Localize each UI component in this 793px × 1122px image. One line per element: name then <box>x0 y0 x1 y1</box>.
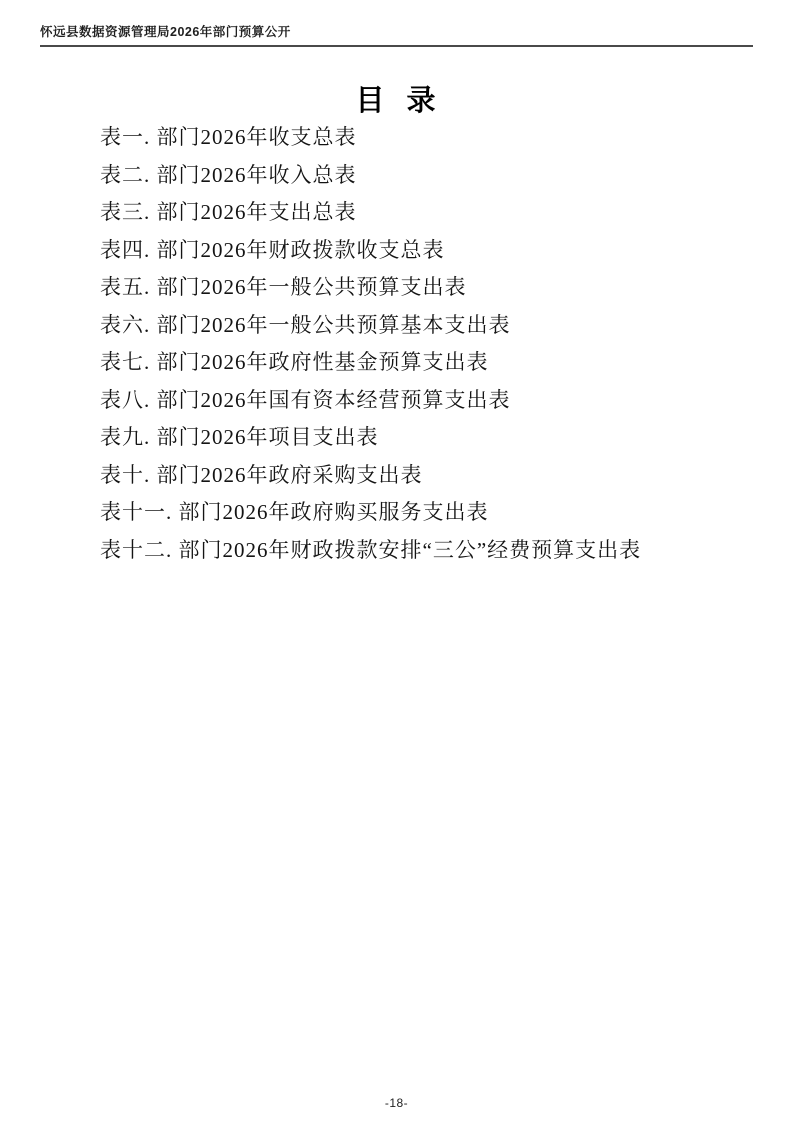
document-header-text: 怀远县数据资源管理局2026年部门预算公开 <box>40 22 753 45</box>
toc-entry: 表七. 部门2026年政府性基金预算支出表 <box>100 344 733 382</box>
toc-entry: 表十一. 部门2026年政府购买服务支出表 <box>100 494 733 532</box>
toc-entry: 表十二. 部门2026年财政拨款安排“三公”经费预算支出表 <box>100 532 733 570</box>
document-header: 怀远县数据资源管理局2026年部门预算公开 <box>40 22 753 47</box>
page-number: -18- <box>385 1096 408 1110</box>
toc-entry: 表二. 部门2026年收入总表 <box>100 157 733 195</box>
toc-entry: 表一. 部门2026年收支总表 <box>100 119 733 157</box>
toc-entry: 表十. 部门2026年政府采购支出表 <box>100 457 733 495</box>
toc-entry: 表九. 部门2026年项目支出表 <box>100 419 733 457</box>
toc-entry: 表六. 部门2026年一般公共预算基本支出表 <box>100 307 733 345</box>
page-title: 目 录 <box>0 78 793 119</box>
toc-entry: 表五. 部门2026年一般公共预算支出表 <box>100 269 733 307</box>
toc-list: 表一. 部门2026年收支总表 表二. 部门2026年收入总表 表三. 部门20… <box>100 119 733 569</box>
toc-entry: 表四. 部门2026年财政拨款收支总表 <box>100 232 733 270</box>
document-page: 怀远县数据资源管理局2026年部门预算公开 目 录 表一. 部门2026年收支总… <box>0 0 793 1122</box>
page-footer: -18- <box>0 1094 793 1112</box>
header-divider <box>40 45 753 47</box>
toc-entry: 表八. 部门2026年国有资本经营预算支出表 <box>100 382 733 420</box>
toc-entry: 表三. 部门2026年支出总表 <box>100 194 733 232</box>
